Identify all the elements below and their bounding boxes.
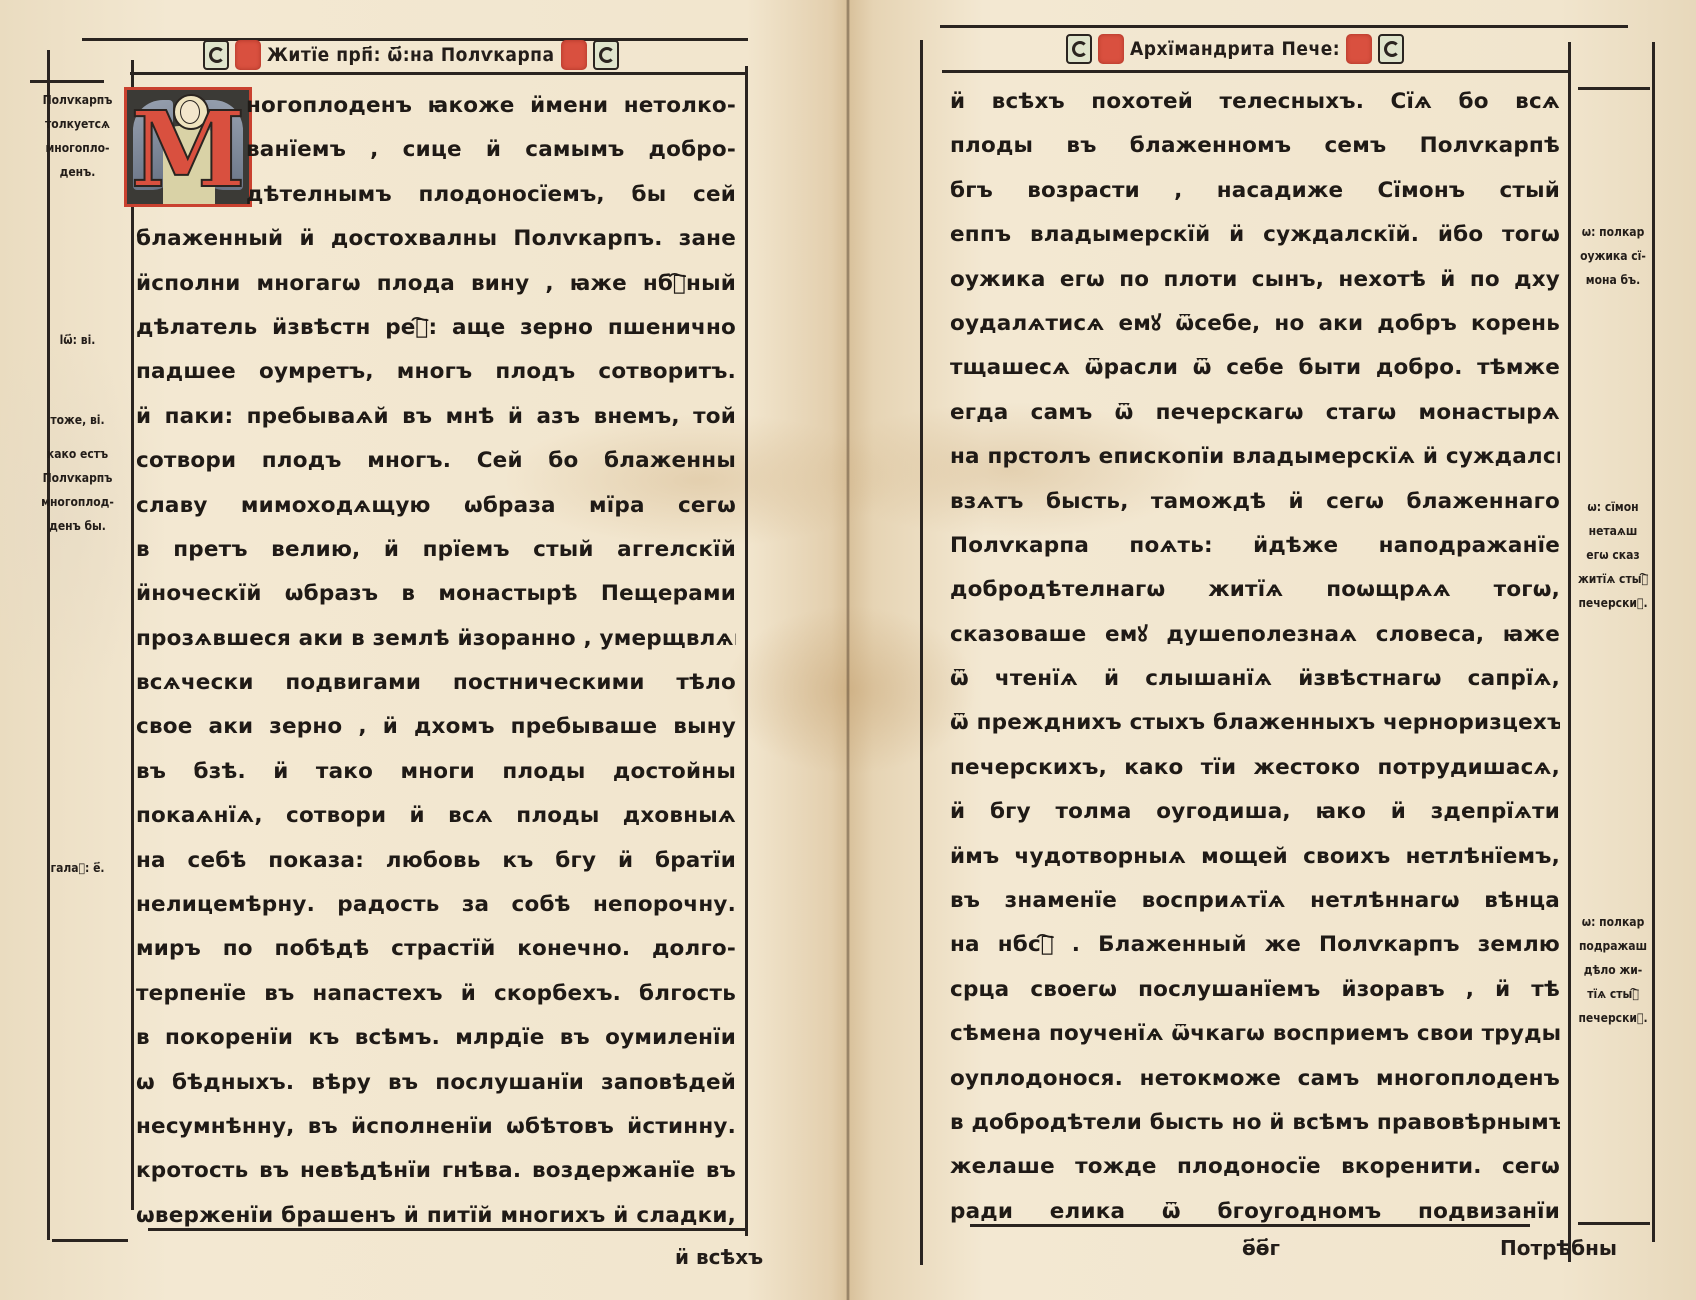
right-body-text: ӥ всѣхъ похотей телесныхъ. Сїѧ бо всѧ пл…: [950, 80, 1560, 1234]
rubric-red-block-icon: [1346, 34, 1372, 64]
text-line: в претъ велию, ӥ прїемъ стый аггелскїй: [136, 528, 736, 572]
text-line: ӥ бгу толма оугодиша, ꙗко ӥ здепрїѧти: [950, 790, 1560, 834]
text-line: терпенїе въ напастехъ ӥ скорбехъ. блгост…: [136, 972, 736, 1016]
text-line: ӥноческїй ѡбразъ в монастырѣ Пещерами: [136, 572, 736, 616]
right-header-bottom-rule: [942, 70, 1570, 73]
text-line: в добродѣтели бысть но ӥ всѣмъ правовѣрн…: [950, 1101, 1560, 1145]
left-body-text: ногоплоденъ ꙗкоже ӥмени нетолко- ванїемъ…: [136, 84, 736, 1238]
right-running-head: Архїмандрита Пече:: [1066, 32, 1404, 66]
text-line: на себѣ показа: любовь къ бгу ӥ братїи: [136, 839, 736, 883]
right-margin-notes: ѡ: полкар оужика сї- мона бъ. ѡ: сїмон н…: [1574, 220, 1652, 1220]
text-line: плоды въ блаженномъ семъ Полѵкарпѣ: [950, 124, 1560, 168]
text-line: оудалѧтисѧ емꙋ ѿсебе, но аки добръ корен…: [950, 302, 1560, 346]
text-line: ѡ бѣдныхъ. вѣру въ послушанїи заповѣдей: [136, 1061, 736, 1105]
text-line: Полѵкарпа поѧть: ӥдѣже наподражанїе: [950, 524, 1560, 568]
text-line: блаженный ӥ достохвалны Полѵкарпъ. зане: [136, 217, 736, 261]
text-line: въ знаменїе восприѧтїѧ нетлѣннагѡ вѣнца: [950, 879, 1560, 923]
right-header-top-rule: [940, 25, 1628, 28]
floral-ornament-icon: [1066, 34, 1092, 64]
text-line: оуплодонося. нетокможе самъ многоплоденъ: [950, 1057, 1560, 1101]
floral-ornament-icon: [1378, 34, 1404, 64]
text-line: всѧчески подвигами постническими тѣло: [136, 661, 736, 705]
text-line: ногоплоденъ ꙗкоже ӥмени нетолко-: [136, 84, 736, 128]
text-line: сказоваше емꙋ душеполезнаѧ словеса, ꙗже: [950, 613, 1560, 657]
text-line: дѣлатель ӥзвѣстн реⷱ҇: аще зерно пшеничн…: [136, 306, 736, 350]
text-line: срца своегѡ послушанїемъ ӥзоравъ , ӥ тѣ: [950, 968, 1560, 1012]
text-line: славу мимоходѧщую ѡбраза мїра сегѡ: [136, 484, 736, 528]
text-line: ради елика ѿ бгоугодномъ подвизанїи: [950, 1190, 1560, 1234]
text-line: миръ по побѣдѣ страстїй конечно. долго-: [136, 927, 736, 971]
left-margin-inner-rule: [131, 60, 134, 1210]
text-line: на прстолъ епископїи владымерскїѧ ӥ сужд…: [950, 435, 1560, 479]
left-margin-bottom-rule: [52, 1239, 128, 1242]
folio-number: ѳ҃ѳ҃г: [1242, 1236, 1280, 1260]
floral-ornament-icon: [203, 40, 229, 70]
right-margin-top-rule: [1578, 87, 1650, 90]
margin-note: галаⷮ: е҃.: [30, 856, 125, 880]
floral-ornament-icon: [593, 40, 619, 70]
left-header-bottom-rule: [130, 72, 746, 75]
text-line: въ бзѣ. ӥ тако многи плоды достойны: [136, 750, 736, 794]
text-line: оужика егѡ по плоти сынъ, нехотѣ ӥ по дх…: [950, 258, 1560, 302]
text-line: бгъ возрасти , насадиже Сїмонъ стый: [950, 169, 1560, 213]
text-line: желаше тожде плодоносїе вкоренити. сегѡ: [950, 1145, 1560, 1189]
right-catchword: Потрѣбны: [1500, 1236, 1617, 1260]
left-running-head: Житїе прп҃: ѿ҃:на Полѵкарпа: [203, 38, 619, 72]
rubric-red-block-icon: [1098, 34, 1124, 64]
text-line: падшее оумретъ, многъ плодъ сотворитъ.: [136, 350, 736, 394]
text-line: ѿ прежднихъ стыхъ блаженныхъ черноризцех…: [950, 701, 1560, 745]
text-line: ѡверженїи брашенъ ӥ питїй многихъ ӥ слад…: [136, 1194, 736, 1238]
left-catchword: ӥ всѣхъ: [675, 1245, 763, 1269]
rubric-red-block-icon: [235, 40, 261, 70]
text-line: ӥ всѣхъ похотей телесныхъ. Сїѧ бо всѧ: [950, 80, 1560, 124]
margin-note: ѡ: сїмон нетаѧш егѡ сказ житїѧ стыⷯ҇ печ…: [1574, 495, 1652, 615]
text-line: ӥсполни многагѡ плода вину , ꙗже нбⷭ҇ный: [136, 262, 736, 306]
text-line: нелицемѣрну. радость за собѣ непорочну.: [136, 883, 736, 927]
left-margin-notes: Полѵкарпъ толкуетсѧ многопло- денъ. ӏѡ҃:…: [30, 88, 125, 1238]
text-line: печерскихъ, како тїи жестоко потрудишасѧ…: [950, 746, 1560, 790]
text-line: на нбсⷯ҇ . Блаженный же Полѵкарпъ землю: [950, 923, 1560, 967]
margin-note: тоже, ві.: [30, 408, 125, 432]
margin-note: Полѵкарпъ толкуетсѧ многопло- денъ.: [30, 88, 125, 184]
text-line: дѣтелнымъ плодоносїемъ, бы сей: [136, 173, 736, 217]
text-line: сѣмена поученїѧ ѿчкагѡ восприемъ свои тр…: [950, 1012, 1560, 1056]
text-line: ӥ паки: пребываѧй въ мнѣ ӥ азъ внемъ, то…: [136, 395, 736, 439]
right-margin-bottom-rule: [1578, 1222, 1650, 1225]
text-line: тщашесѧ ѿрасли ѿ себе быти добро. тѣмже: [950, 346, 1560, 390]
text-line: покаѧнїѧ, сотвори ӥ всѧ плоды дховныѧ: [136, 794, 736, 838]
text-line: егда самъ ѿ печерскагѡ стагѡ монастырѧ: [950, 391, 1560, 435]
text-line: прозѧвшеся аки в землѣ ӥзоранно , умерщв…: [136, 617, 736, 661]
margin-note: ѡ: полкар оужика сї- мона бъ.: [1574, 220, 1652, 292]
text-line: в покоренїи къ всѣмъ. млрдїе въ оумиленї…: [136, 1016, 736, 1060]
rubric-red-block-icon: [561, 40, 587, 70]
text-line: еппъ владымерскїй ӥ суждалскїй. ӥбо тогѡ: [950, 213, 1560, 257]
margin-note: како естъ Полѵкарпъ многоплод- денъ бы.: [30, 442, 125, 538]
left-text-right-rule: [745, 66, 748, 1236]
margin-note: ѡ: полкар подражаш дѣло жи- тїѧ стыⷯ҇ пе…: [1574, 910, 1652, 1030]
text-line: сотвори плодъ многъ. Сей бо блаженны: [136, 439, 736, 483]
text-line: кротость въ невѣдѣнїи гнѣва. воздержанїе…: [136, 1149, 736, 1193]
right-text-right-rule: [1568, 42, 1571, 1262]
text-line: ванїемъ , сице ӥ самымъ добро-: [136, 128, 736, 172]
text-line: добродѣтелнагѡ житїѧ поѡщрѧѧ тогѡ,: [950, 568, 1560, 612]
left-margin-top-rule: [30, 80, 104, 83]
margin-note: ӏѡ҃: ві.: [30, 328, 125, 352]
running-head-text: Архїмандрита Пече:: [1130, 38, 1340, 60]
running-head-text: Житїе прп҃: ѿ҃:на Полѵкарпа: [267, 44, 555, 66]
book-gutter: [846, 0, 850, 1300]
text-line: несумнѣнну, въ ӥсполненїи ѡбѣтовъ ӥстинн…: [136, 1105, 736, 1149]
text-line: взѧтъ бысть, тамождѣ ӥ сегѡ блаженнаго: [950, 480, 1560, 524]
text-line: свое аки зерно , ӥ дхомъ пребываше выну: [136, 705, 736, 749]
right-margin-outer-rule: [1652, 42, 1655, 1242]
text-line: ӥмъ чудотворныѧ мощей своихъ нетлѣнїемъ,: [950, 835, 1560, 879]
right-text-left-rule: [920, 40, 923, 1265]
text-line: ѿ чтенїѧ ӥ слышанїѧ ӥзвѣстнагѡ сапрїѧ,: [950, 657, 1560, 701]
